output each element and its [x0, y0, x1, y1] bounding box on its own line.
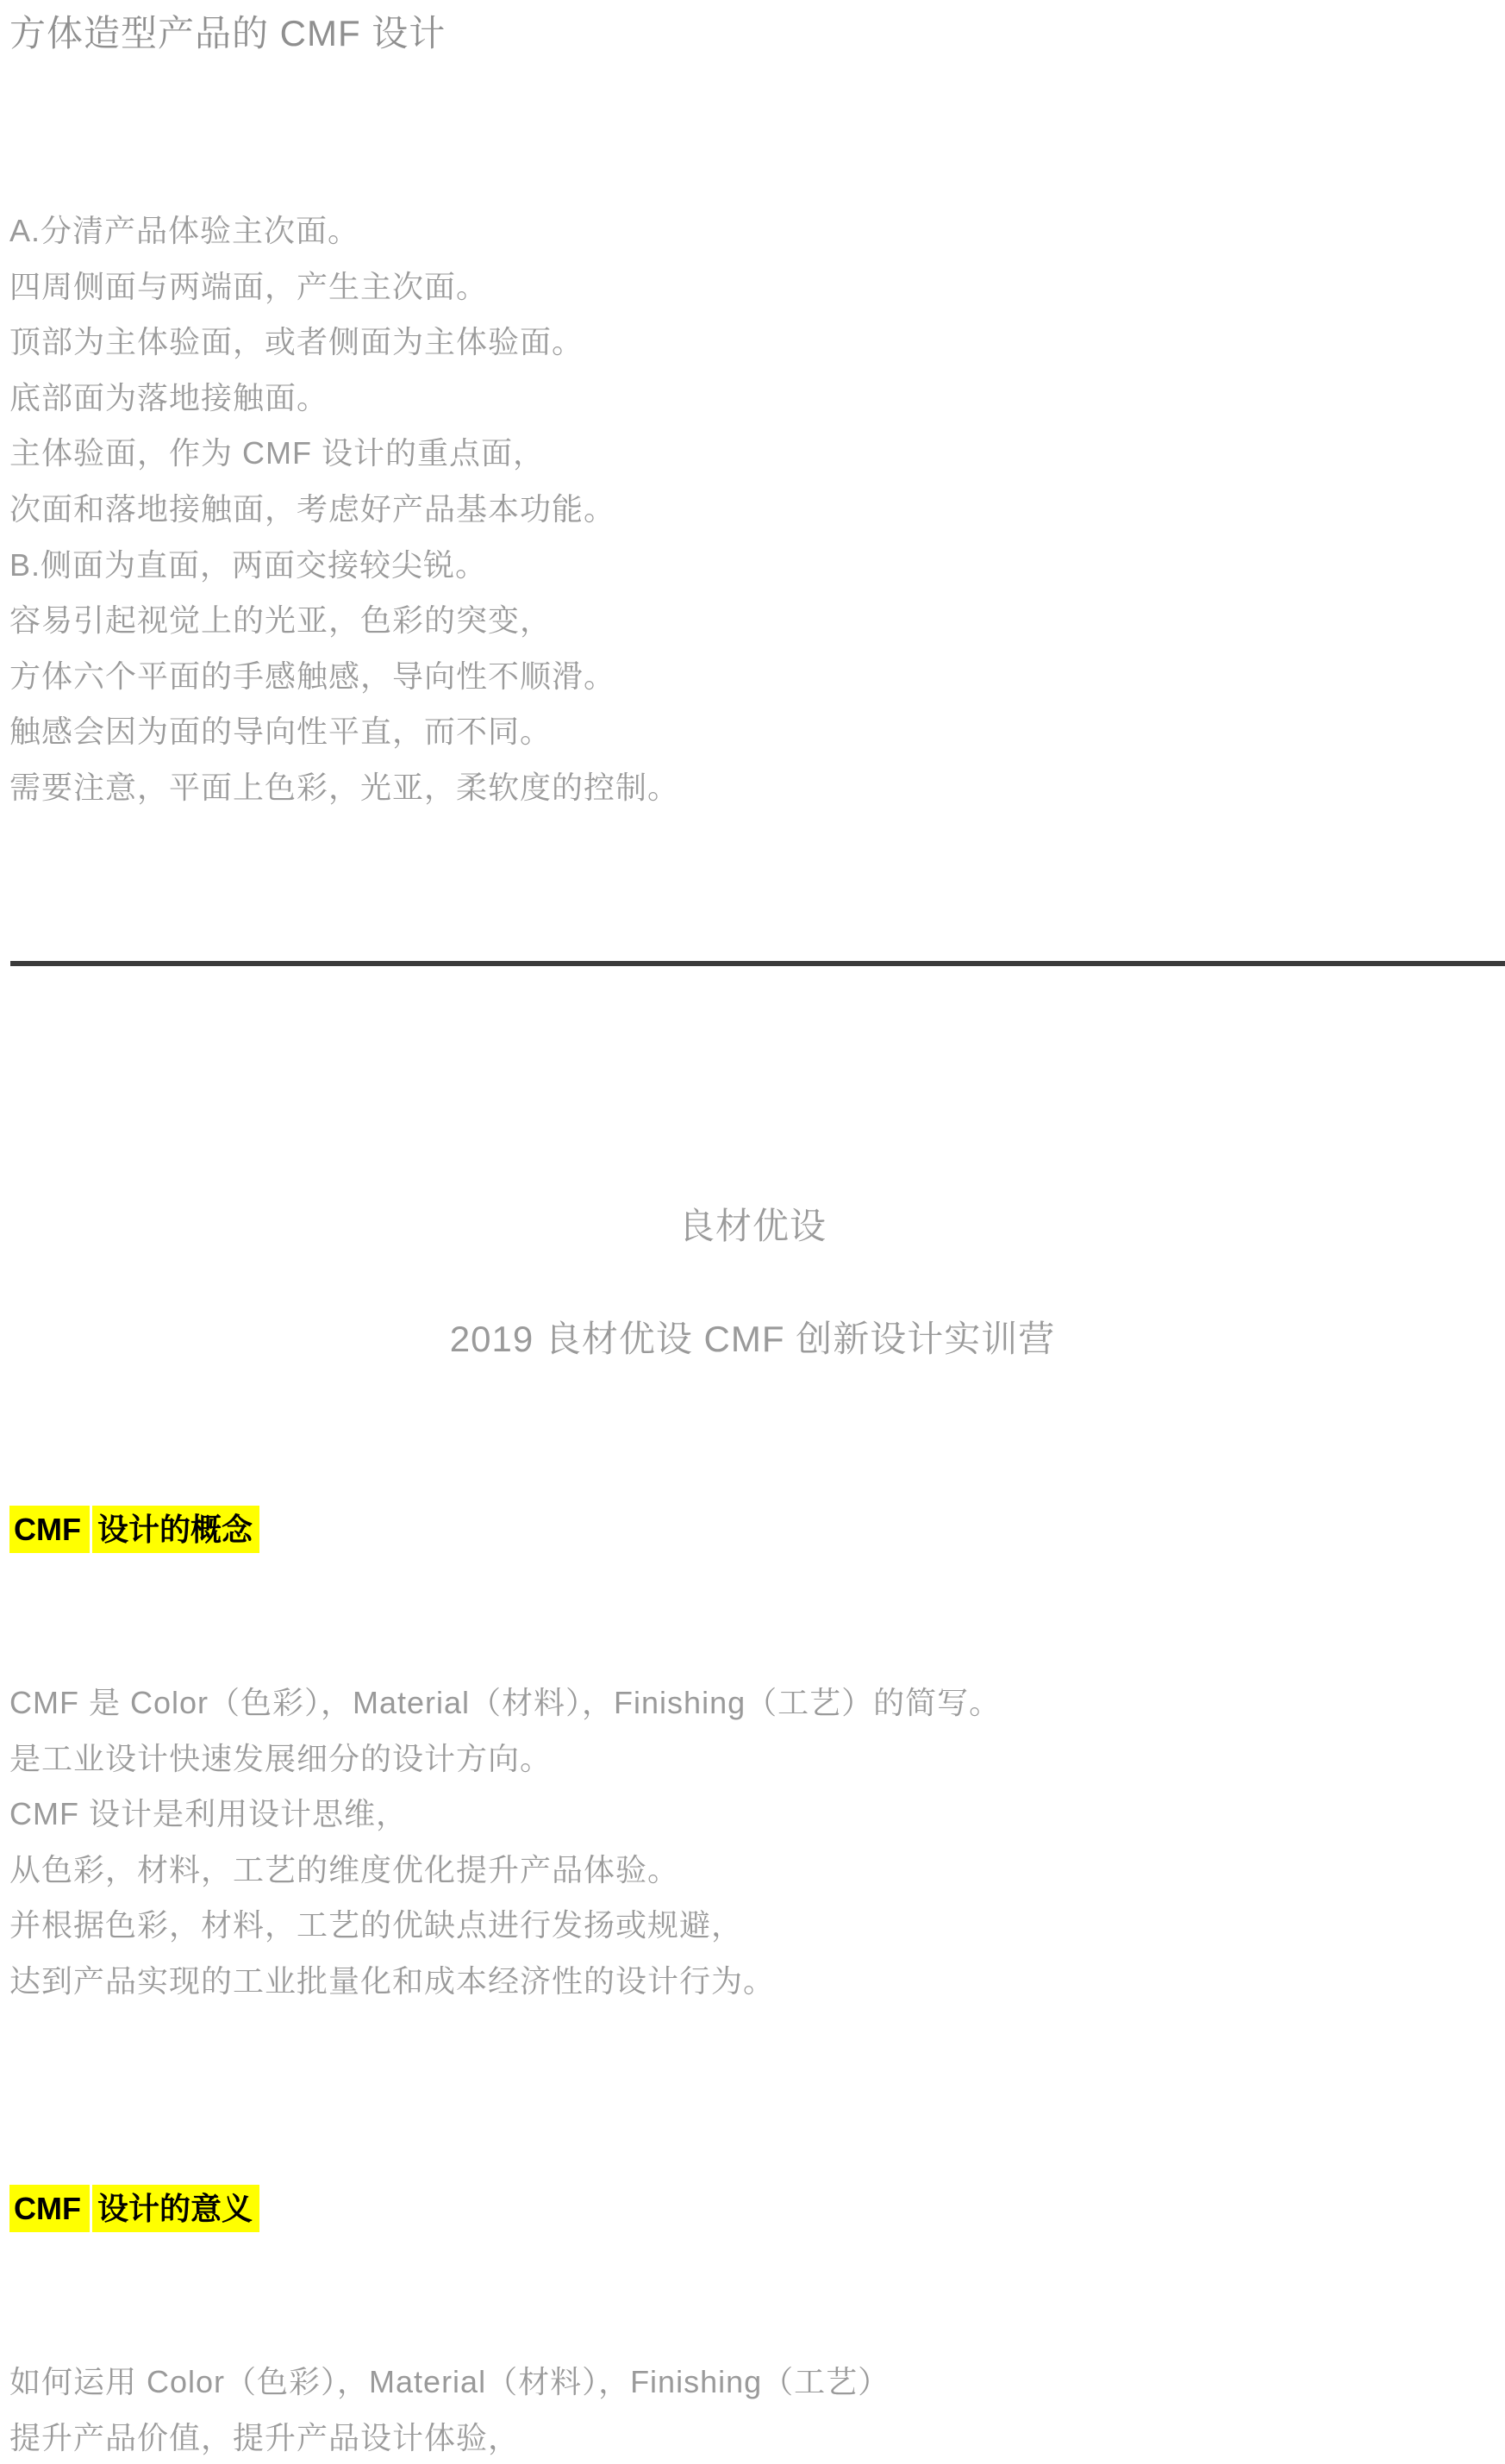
paragraph-line: CMF 是 Color（色彩），Material（材料），Finishing（工… [9, 1675, 1001, 1731]
paragraph-line: CMF 设计是利用设计思维， [9, 1787, 1001, 1843]
paragraph-line: 次面和落地接触面，考虑好产品基本功能。 [9, 482, 679, 538]
document-title: 方体造型产品的 CMF 设计 [9, 5, 446, 57]
paragraph-line: 触感会因为面的导向性平直，而不同。 [9, 704, 679, 760]
paragraph-line: 是工业设计快速发展细分的设计方向。 [9, 1731, 1001, 1787]
paragraph-line: 方体六个平面的手感触感，导向性不顺滑。 [9, 649, 679, 705]
paragraph-line: B.侧面为直面，两面交接较尖锐。 [9, 538, 679, 594]
paragraph-line: 达到产品实现的工业批量化和成本经济性的设计行为。 [9, 1954, 1001, 2010]
heading-highlight-prefix: CMF [9, 1506, 90, 1553]
paragraph-line: 顶部为主体验面，或者侧面为主体验面。 [9, 315, 679, 371]
heading-highlight-prefix: CMF [9, 2185, 90, 2232]
heading-cmf-meaning: CMF设计的意义 [9, 2185, 259, 2232]
paragraph-line: 并根据色彩，材料，工艺的优缺点进行发扬或规避， [9, 1898, 1001, 1954]
heading-highlight-rest: 设计的意义 [92, 2185, 259, 2232]
event-title: 2019 良材优设 CMF 创新设计实训营 [0, 1311, 1505, 1363]
section-concept-paragraph: CMF 是 Color（色彩），Material（材料），Finishing（工… [9, 1675, 1001, 2010]
section-a-paragraph: A.分清产品体验主次面。 四周侧面与两端面，产生主次面。 顶部为主体验面，或者侧… [9, 203, 679, 816]
paragraph-line: 如何运用 Color（色彩），Material（材料），Finishing（工艺… [9, 2355, 890, 2411]
section-divider [10, 961, 1505, 966]
paragraph-line: 底部面为落地接触面。 [9, 371, 679, 427]
paragraph-line: 主体验面，作为 CMF 设计的重点面， [9, 426, 679, 482]
paragraph-line: 提升产品价值，提升产品设计体验， [9, 2411, 890, 2464]
heading-cmf-concept: CMF设计的概念 [9, 1506, 259, 1553]
brand-name: 良材优设 [0, 1198, 1505, 1250]
paragraph-line: 从色彩，材料，工艺的维度优化提升产品体验。 [9, 1843, 1001, 1899]
paragraph-line: 四周侧面与两端面，产生主次面。 [9, 259, 679, 315]
paragraph-line: 需要注意，平面上色彩，光亚，柔软度的控制。 [9, 760, 679, 816]
section-meaning-paragraph: 如何运用 Color（色彩），Material（材料），Finishing（工艺… [9, 2355, 890, 2464]
heading-highlight-rest: 设计的概念 [92, 1506, 259, 1553]
paragraph-line: A.分清产品体验主次面。 [9, 203, 679, 259]
paragraph-line: 容易引起视觉上的光亚，色彩的突变， [9, 593, 679, 649]
